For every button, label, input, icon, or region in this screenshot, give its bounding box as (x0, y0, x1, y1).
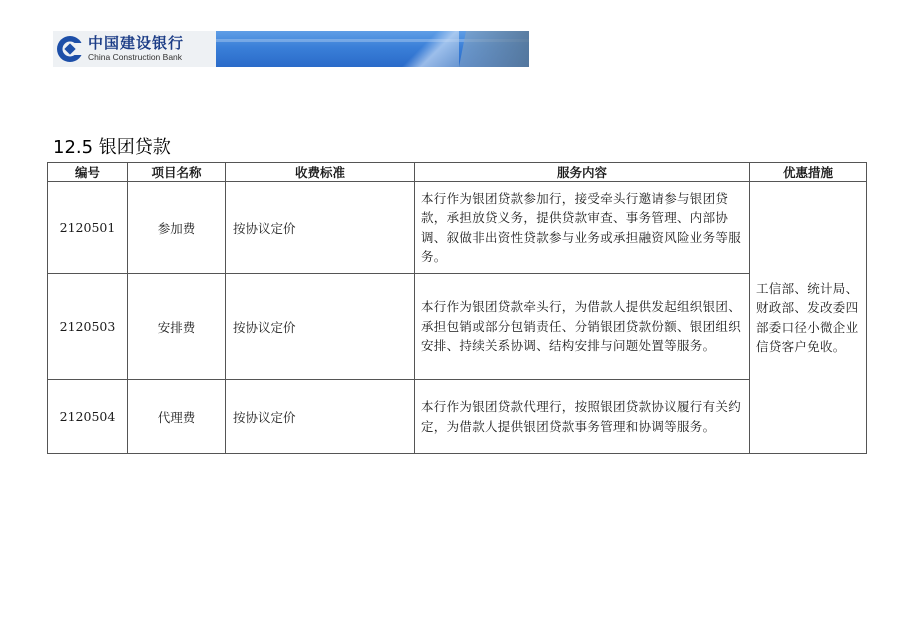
fee-standard: 按协议定价 (226, 274, 415, 380)
fee-code: 2120503 (48, 274, 128, 380)
bank-name-en: China Construction Bank (88, 53, 184, 62)
column-header-name: 项目名称 (128, 163, 226, 182)
column-header-standard: 收费标准 (226, 163, 415, 182)
fee-name: 参加费 (128, 182, 226, 274)
bank-logo: 中国建设银行 China Construction Bank (53, 31, 216, 67)
column-header-content: 服务内容 (415, 163, 750, 182)
bank-name-cn: 中国建设银行 (88, 36, 184, 51)
service-content: 本行作为银团贷款参加行，接受牵头行邀请参与银团贷款，承担放贷义务，提供贷款审查、… (415, 182, 750, 274)
fee-standard: 按协议定价 (226, 182, 415, 274)
fee-code: 2120501 (48, 182, 128, 274)
fee-name: 安排费 (128, 274, 226, 380)
fee-name: 代理费 (128, 380, 226, 454)
table-row: 2120503 安排费 按协议定价 本行作为银团贷款牵头行，为借款人提供发起组织… (48, 274, 867, 380)
service-content: 本行作为银团贷款牵头行，为借款人提供发起组织银团、承担包销或部分包销责任、分销银… (415, 274, 750, 380)
column-header-promotion: 优惠措施 (750, 163, 867, 182)
table-row: 2120501 参加费 按协议定价 本行作为银团贷款参加行，接受牵头行邀请参与银… (48, 182, 867, 274)
section-title: 12.5 银团贷款 (53, 133, 171, 159)
bank-header-banner: 中国建设银行 China Construction Bank (53, 31, 529, 67)
fee-standard: 按协议定价 (226, 380, 415, 454)
column-header-code: 编号 (48, 163, 128, 182)
ccb-logo-icon (56, 35, 84, 63)
table-row: 2120504 代理费 按协议定价 本行作为银团贷款代理行，按照银团贷款协议履行… (48, 380, 867, 454)
fee-table: 编号 项目名称 收费标准 服务内容 优惠措施 2120501 参加费 按协议定价… (47, 162, 867, 454)
service-content: 本行作为银团贷款代理行，按照银团贷款协议履行有关约定，为借款人提供银团贷款事务管… (415, 380, 750, 454)
promotion-measures: 工信部、统计局、财政部、发改委四部委口径小微企业信贷客户免收。 (750, 182, 867, 454)
fee-code: 2120504 (48, 380, 128, 454)
banner-building-image (216, 31, 529, 67)
table-header-row: 编号 项目名称 收费标准 服务内容 优惠措施 (48, 163, 867, 182)
